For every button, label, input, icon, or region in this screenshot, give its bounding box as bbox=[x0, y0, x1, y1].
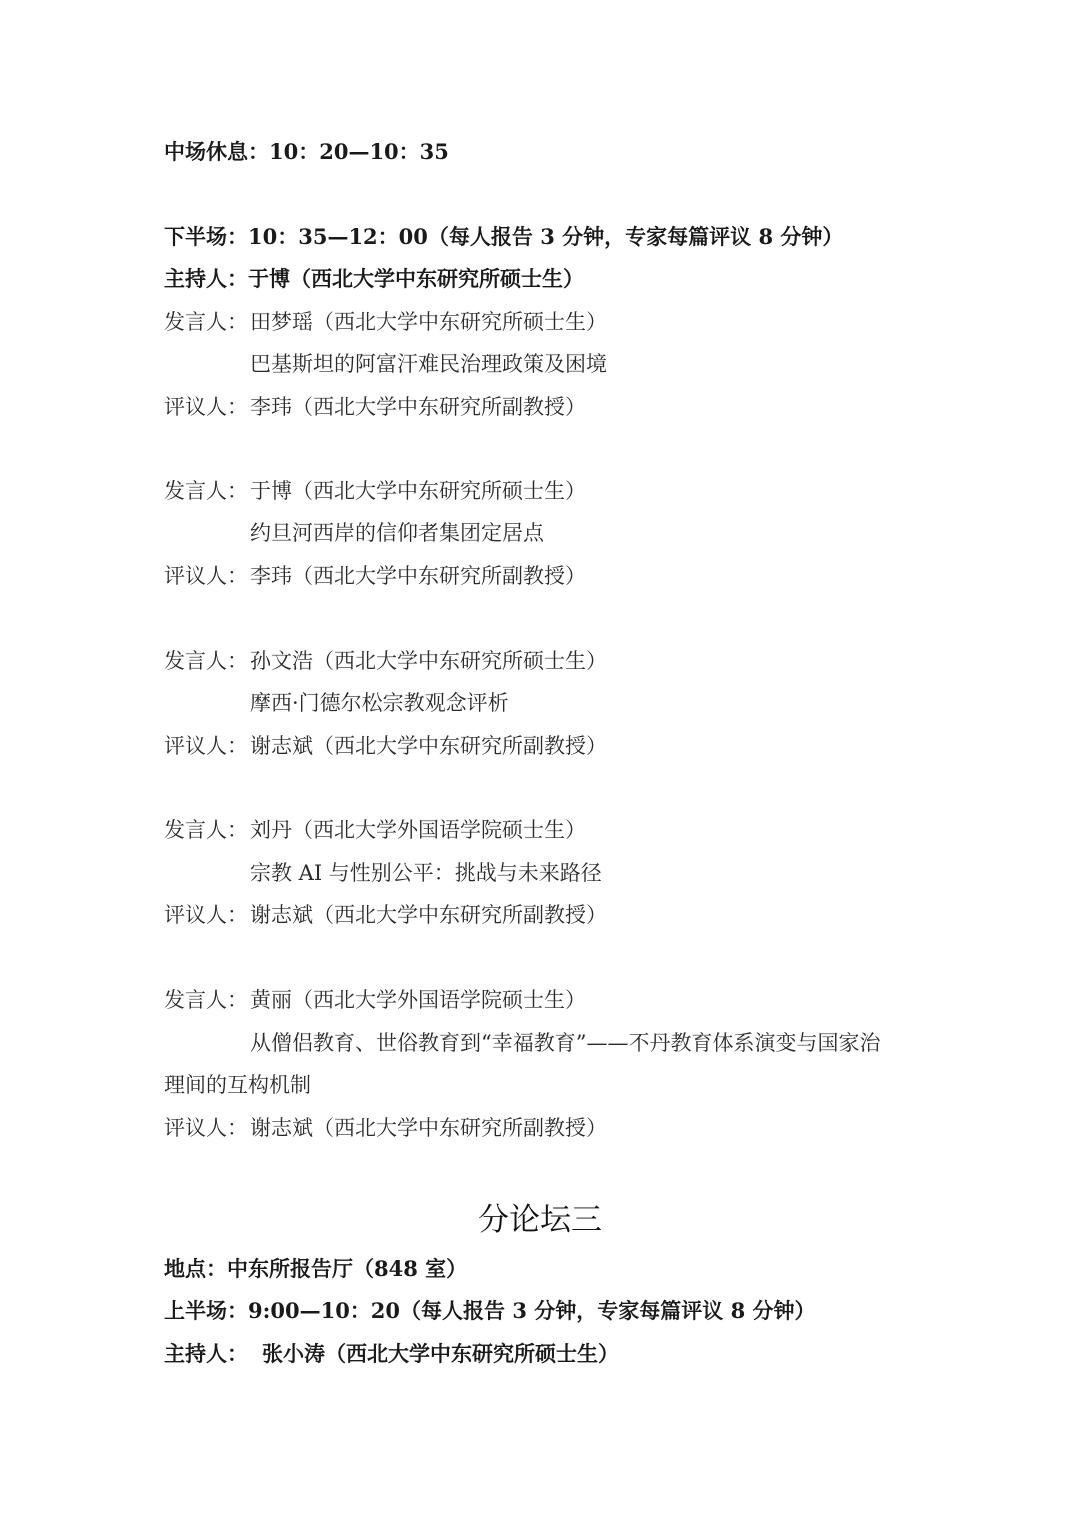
reviewer-label: 评议人： bbox=[164, 900, 250, 930]
first-half-line: 上半场：9:00—10：20（每人报告 3 分钟，专家每篇评议 8 分钟） bbox=[164, 1296, 816, 1326]
reviewer-line: 评议人：谢志斌（西北大学中东研究所副教授） bbox=[164, 731, 607, 761]
first-half-label: 上半场： bbox=[164, 1298, 248, 1323]
host-label: 主持人： bbox=[164, 1339, 262, 1369]
reviewer-label: 评议人： bbox=[164, 1113, 250, 1143]
reviewer-line: 评议人：谢志斌（西北大学中东研究所副教授） bbox=[164, 900, 607, 930]
break-label: 中场休息： bbox=[164, 139, 269, 164]
speaker-label: 发言人： bbox=[164, 985, 250, 1015]
host-name: 于博（西北大学中东研究所硕士生） bbox=[248, 266, 584, 291]
reviewer-line: 评议人：谢志斌（西北大学中东研究所副教授） bbox=[164, 1113, 607, 1143]
break-line: 中场休息：10：20—10：35 bbox=[164, 137, 449, 167]
host-name: 张小涛（西北大学中东研究所硕士生） bbox=[262, 1341, 619, 1366]
speaker-name: 于博（西北大学中东研究所硕士生） bbox=[250, 479, 586, 503]
topic-line: 宗教 AI 与性别公平：挑战与未来路径 bbox=[250, 858, 602, 888]
reviewer-label: 评议人： bbox=[164, 392, 250, 422]
speaker-label: 发言人： bbox=[164, 307, 250, 337]
topic-line: 摩西·门德尔松宗教观念评析 bbox=[250, 688, 509, 718]
speaker-name: 黄丽（西北大学外国语学院硕士生） bbox=[250, 988, 586, 1012]
speaker-name: 田梦瑶（西北大学中东研究所硕士生） bbox=[250, 310, 607, 334]
topic-line: 巴基斯坦的阿富汗难民治理政策及困境 bbox=[250, 349, 607, 379]
speaker-label: 发言人： bbox=[164, 646, 250, 676]
location-value: 中东所报告厅（848 室） bbox=[227, 1256, 467, 1281]
location-line: 地点：中东所报告厅（848 室） bbox=[164, 1254, 467, 1284]
speaker-name: 孙文浩（西北大学中东研究所硕士生） bbox=[250, 649, 607, 673]
host-label: 主持人： bbox=[164, 266, 248, 291]
second-half-host-line: 主持人：于博（西北大学中东研究所硕士生） bbox=[164, 264, 584, 294]
reviewer-label: 评议人： bbox=[164, 731, 250, 761]
reviewer-name: 李玮（西北大学中东研究所副教授） bbox=[250, 395, 586, 419]
reviewer-line: 评议人：李玮（西北大学中东研究所副教授） bbox=[164, 561, 586, 591]
first-half-time: 9:00—10：20 bbox=[248, 1298, 400, 1323]
speaker-line: 发言人：黄丽（西北大学外国语学院硕士生） bbox=[164, 985, 586, 1015]
break-time: 10：20—10：35 bbox=[269, 139, 449, 164]
speaker-line: 发言人：田梦瑶（西北大学中东研究所硕士生） bbox=[164, 307, 607, 337]
topic-line-continued: 理间的互构机制 bbox=[164, 1070, 311, 1100]
speaker-label: 发言人： bbox=[164, 815, 250, 845]
location-label: 地点： bbox=[164, 1256, 227, 1281]
reviewer-name: 谢志斌（西北大学中东研究所副教授） bbox=[250, 903, 607, 927]
forum3-host-line: 主持人：张小涛（西北大学中东研究所硕士生） bbox=[164, 1339, 619, 1369]
reviewer-label: 评议人： bbox=[164, 561, 250, 591]
second-half-note: （每人报告 3 分钟，专家每篇评议 8 分钟） bbox=[428, 224, 843, 249]
reviewer-name: 李玮（西北大学中东研究所副教授） bbox=[250, 564, 586, 588]
speaker-label: 发言人： bbox=[164, 476, 250, 506]
speaker-line: 发言人：孙文浩（西北大学中东研究所硕士生） bbox=[164, 646, 607, 676]
topic-line: 约旦河西岸的信仰者集团定居点 bbox=[250, 518, 544, 548]
first-half-note: （每人报告 3 分钟，专家每篇评议 8 分钟） bbox=[400, 1298, 815, 1323]
reviewer-name: 谢志斌（西北大学中东研究所副教授） bbox=[250, 734, 607, 758]
second-half-time: 10：35—12：00 bbox=[248, 224, 428, 249]
reviewer-name: 谢志斌（西北大学中东研究所副教授） bbox=[250, 1116, 607, 1140]
forum-title: 分论坛三 bbox=[0, 1200, 1080, 1240]
speaker-name: 刘丹（西北大学外国语学院硕士生） bbox=[250, 818, 586, 842]
topic-line: 从僧侣教育、世俗教育到“幸福教育”——不丹教育体系演变与国家治 bbox=[250, 1028, 880, 1058]
speaker-line: 发言人：刘丹（西北大学外国语学院硕士生） bbox=[164, 815, 586, 845]
second-half-label: 下半场： bbox=[164, 224, 248, 249]
second-half-line: 下半场：10：35—12：00（每人报告 3 分钟，专家每篇评议 8 分钟） bbox=[164, 222, 843, 252]
reviewer-line: 评议人：李玮（西北大学中东研究所副教授） bbox=[164, 392, 586, 422]
speaker-line: 发言人：于博（西北大学中东研究所硕士生） bbox=[164, 476, 586, 506]
